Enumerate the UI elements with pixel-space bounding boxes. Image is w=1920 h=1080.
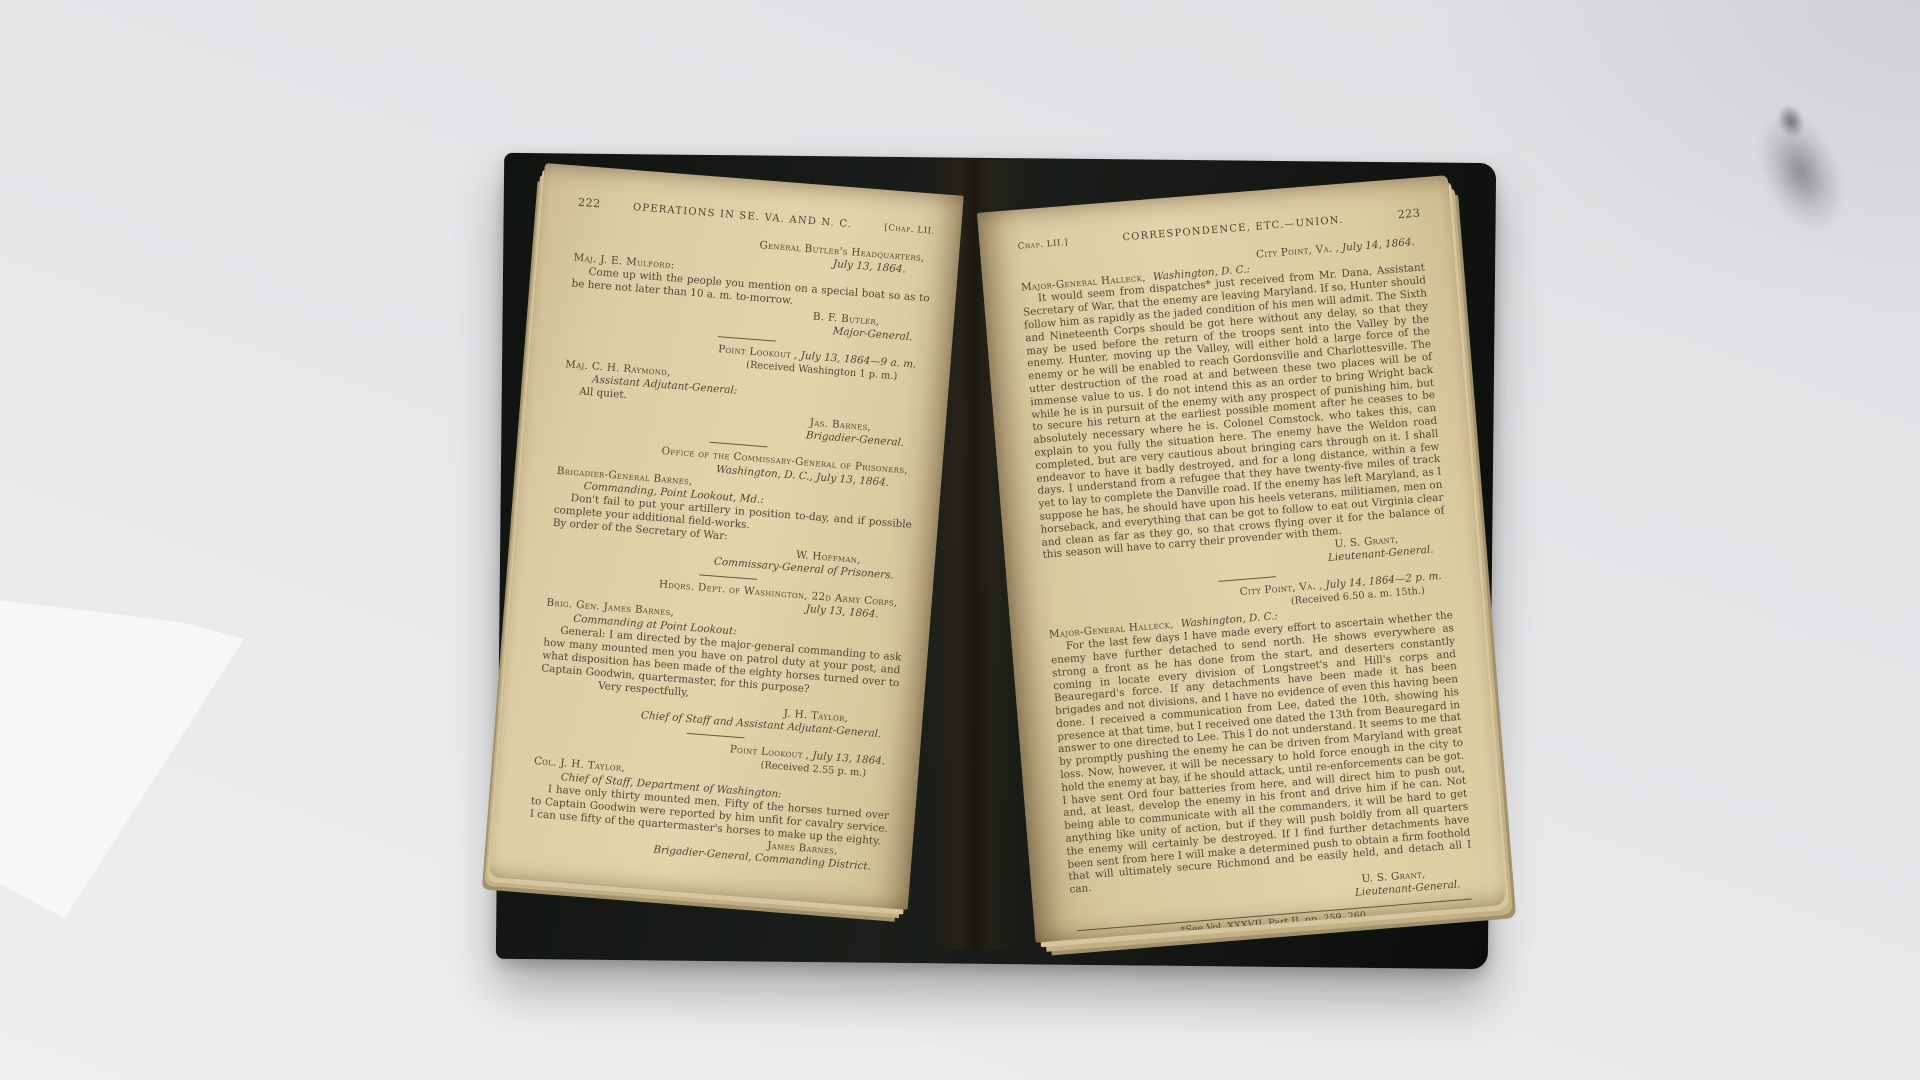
- page-number-left: 222: [578, 196, 602, 211]
- section-divider: [718, 336, 776, 342]
- section-divider: [699, 575, 757, 581]
- dispatch-butler: General Butler's Headquarters, July 13, …: [569, 225, 933, 345]
- section-divider: [687, 733, 745, 739]
- section-divider: [1218, 576, 1276, 582]
- desk-surface: 222 OPERATIONS IN SE. VA. AND N. C. [Cha…: [0, 0, 1920, 1080]
- dispatch-body: For the last few days I have made every …: [1050, 609, 1473, 897]
- chapter-mark-right: Chap. LII.]: [1017, 237, 1068, 254]
- running-head-title-right: CORRESPONDENCE, ETC.—UNION.: [1122, 215, 1344, 246]
- dispatch-grant-1: City Point, Va., July 14, 1864. Major-Ge…: [1020, 235, 1448, 587]
- dispatch-grant-2: City Point, Va., July 14, 1864—2 p. m. (…: [1046, 569, 1475, 922]
- dispatch-body: It would seem from dispatches* just rece…: [1022, 262, 1446, 562]
- chapter-mark-left: [Chap. LII.: [884, 222, 935, 239]
- left-page: 222 OPERATIONS IN SE. VA. AND N. C. [Cha…: [489, 163, 964, 910]
- dispatch-barnes-reply: Point Lookout, July 13, 1864. (Received …: [527, 728, 893, 875]
- right-page: Chap. LII.] CORRESPONDENCE, ETC.—UNION. …: [977, 175, 1506, 942]
- dispatch-hoffman: Office of the Commissary-General of Pris…: [550, 437, 916, 584]
- dispatch-barnes-all-quiet: Point Lookout, July 13, 1864—9 a. m. (Re…: [561, 331, 925, 451]
- running-head-title-left: OPERATIONS IN SE. VA. AND N. C.: [632, 201, 852, 231]
- page-number-right: 223: [1397, 207, 1421, 222]
- section-divider: [710, 442, 768, 448]
- open-book: 222 OPERATIONS IN SE. VA. AND N. C. [Cha…: [0, 0, 1920, 1080]
- dispatch-taylor-inquiry: Hdqrs. Dept. of Washington, 22d Army Cor…: [538, 570, 906, 743]
